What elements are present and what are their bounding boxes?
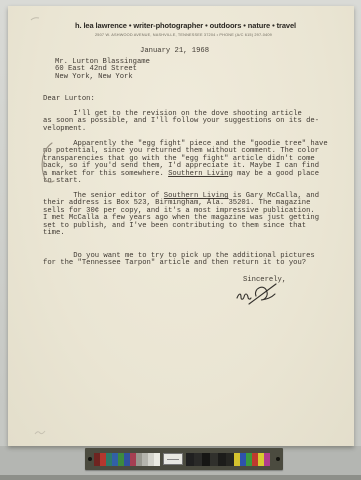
- letter-paper: h. lea lawrence • writer-photographer • …: [8, 6, 354, 446]
- color-patch: [264, 453, 270, 466]
- handwritten-signature-scrawl: [234, 281, 286, 309]
- color-patches-right: [234, 453, 270, 466]
- color-patches-dark: [186, 453, 234, 466]
- letter-date: January 21, 1968: [140, 47, 209, 55]
- paragraph-line: as soon as possible, and I'll follow you…: [43, 118, 338, 125]
- paragraph-line: for the "Tennessee Tarpon" article and t…: [43, 260, 338, 267]
- scanned-letter-page: h. lea lawrence • writer-photographer • …: [0, 0, 361, 480]
- pencil-smudge-bottom: [34, 429, 46, 436]
- scanner-bed-edge: [0, 475, 361, 480]
- recipient-address-block: Mr. Lurton Blassingame60 East 42nd Stree…: [55, 59, 150, 81]
- color-patch: [210, 453, 218, 466]
- pencil-smudge-top: [30, 16, 40, 22]
- color-patch: [194, 453, 202, 466]
- salutation: Dear Lurton:: [43, 96, 338, 103]
- color-calibration-bar: [85, 448, 283, 470]
- color-patch: [226, 453, 234, 466]
- letter-paragraph: Apparently the "egg fight" piece and the…: [43, 141, 338, 186]
- letter-body: Dear Lurton: I'll get to the revision on…: [43, 96, 338, 268]
- letter-paragraph: I'll get to the revision on the dove sho…: [43, 111, 338, 133]
- color-patch: [154, 453, 160, 466]
- calibration-label: [163, 453, 183, 465]
- paragraph-line: velopment.: [43, 126, 338, 133]
- recipient-line: New York, New York: [55, 74, 150, 81]
- letter-paragraph: Do you want me to try to pick up the add…: [43, 253, 338, 268]
- letterhead-address: 2507 W. ASHWOOD AVENUE, NASHVILLE, TENNE…: [95, 33, 272, 37]
- color-patch: [202, 453, 210, 466]
- color-patches-left: [94, 453, 160, 466]
- color-patch: [186, 453, 194, 466]
- color-patch: [218, 453, 226, 466]
- paragraphs-container: I'll get to the revision on the dove sho…: [43, 111, 338, 268]
- letter-paragraph: The senior editor of Southern Living is …: [43, 193, 338, 238]
- pencil-margin-bracket: [38, 141, 58, 189]
- letterhead-name: h. lea lawrence • writer-photographer • …: [75, 21, 296, 30]
- paragraph-line: set to publish, and I've been contributi…: [43, 223, 338, 230]
- paragraph-line: to start.: [43, 178, 338, 185]
- paragraph-line: a market for this somewhere. Southern Li…: [43, 171, 338, 178]
- paragraph-line: time.: [43, 230, 338, 237]
